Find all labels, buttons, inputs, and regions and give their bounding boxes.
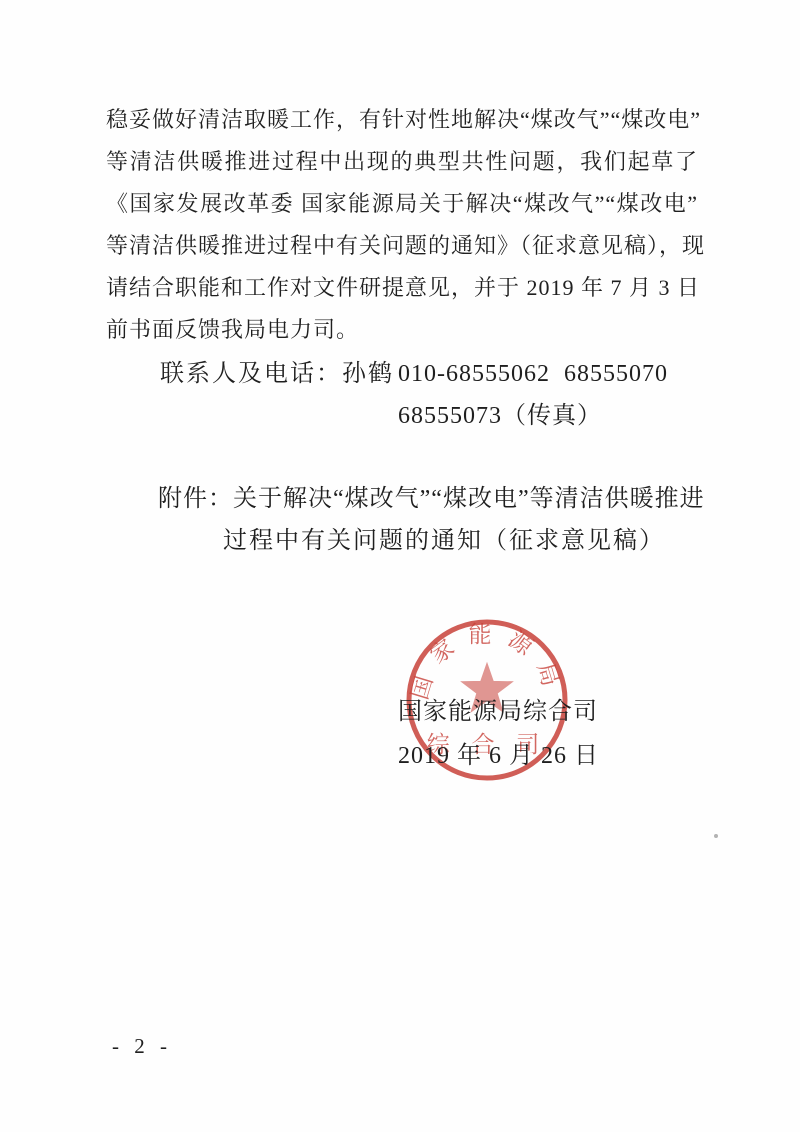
contact-phone-numbers: 010-68555062 68555070 — [398, 353, 668, 395]
body-line: 前书面反馈我局电力司。 — [106, 309, 698, 351]
body-line: 《国家发展改革委 国家能源局关于解决“煤改气”“煤改电” — [106, 183, 698, 225]
attachment-title-line1: 附件：关于解决“煤改气”“煤改电”等清洁供暖推进 — [158, 478, 705, 520]
attachment-title-line2: 过程中有关问题的通知（征求意见稿） — [223, 520, 665, 562]
body-paragraph: 稳妥做好清洁取暖工作，有针对性地解决“煤改气”“煤改电” 等清洁供暖推进过程中出… — [106, 99, 698, 351]
scan-artifact-dot — [714, 834, 718, 838]
signature-date: 2019 年 6 月 26 日 — [398, 735, 599, 777]
document-page: 稳妥做好清洁取暖工作，有针对性地解决“煤改气”“煤改电” 等清洁供暖推进过程中出… — [0, 0, 800, 1132]
body-line: 等清洁供暖推进过程中出现的典型共性问题，我们起草了 — [106, 141, 698, 183]
contact-fax-number: 68555073（传真） — [398, 395, 602, 437]
body-line: 请结合职能和工作对文件研提意见，并于 2019 年 7 月 3 日 — [106, 267, 698, 309]
page-number: - 2 - — [112, 1031, 172, 1061]
body-line: 稳妥做好清洁取暖工作，有针对性地解决“煤改气”“煤改电” — [106, 99, 698, 141]
contact-person-label: 联系人及电话：孙鹤 — [160, 353, 394, 395]
body-line: 等清洁供暖推进过程中有关问题的通知》（征求意见稿），现 — [106, 225, 698, 267]
signature-organization: 国家能源局综合司 — [398, 691, 598, 733]
